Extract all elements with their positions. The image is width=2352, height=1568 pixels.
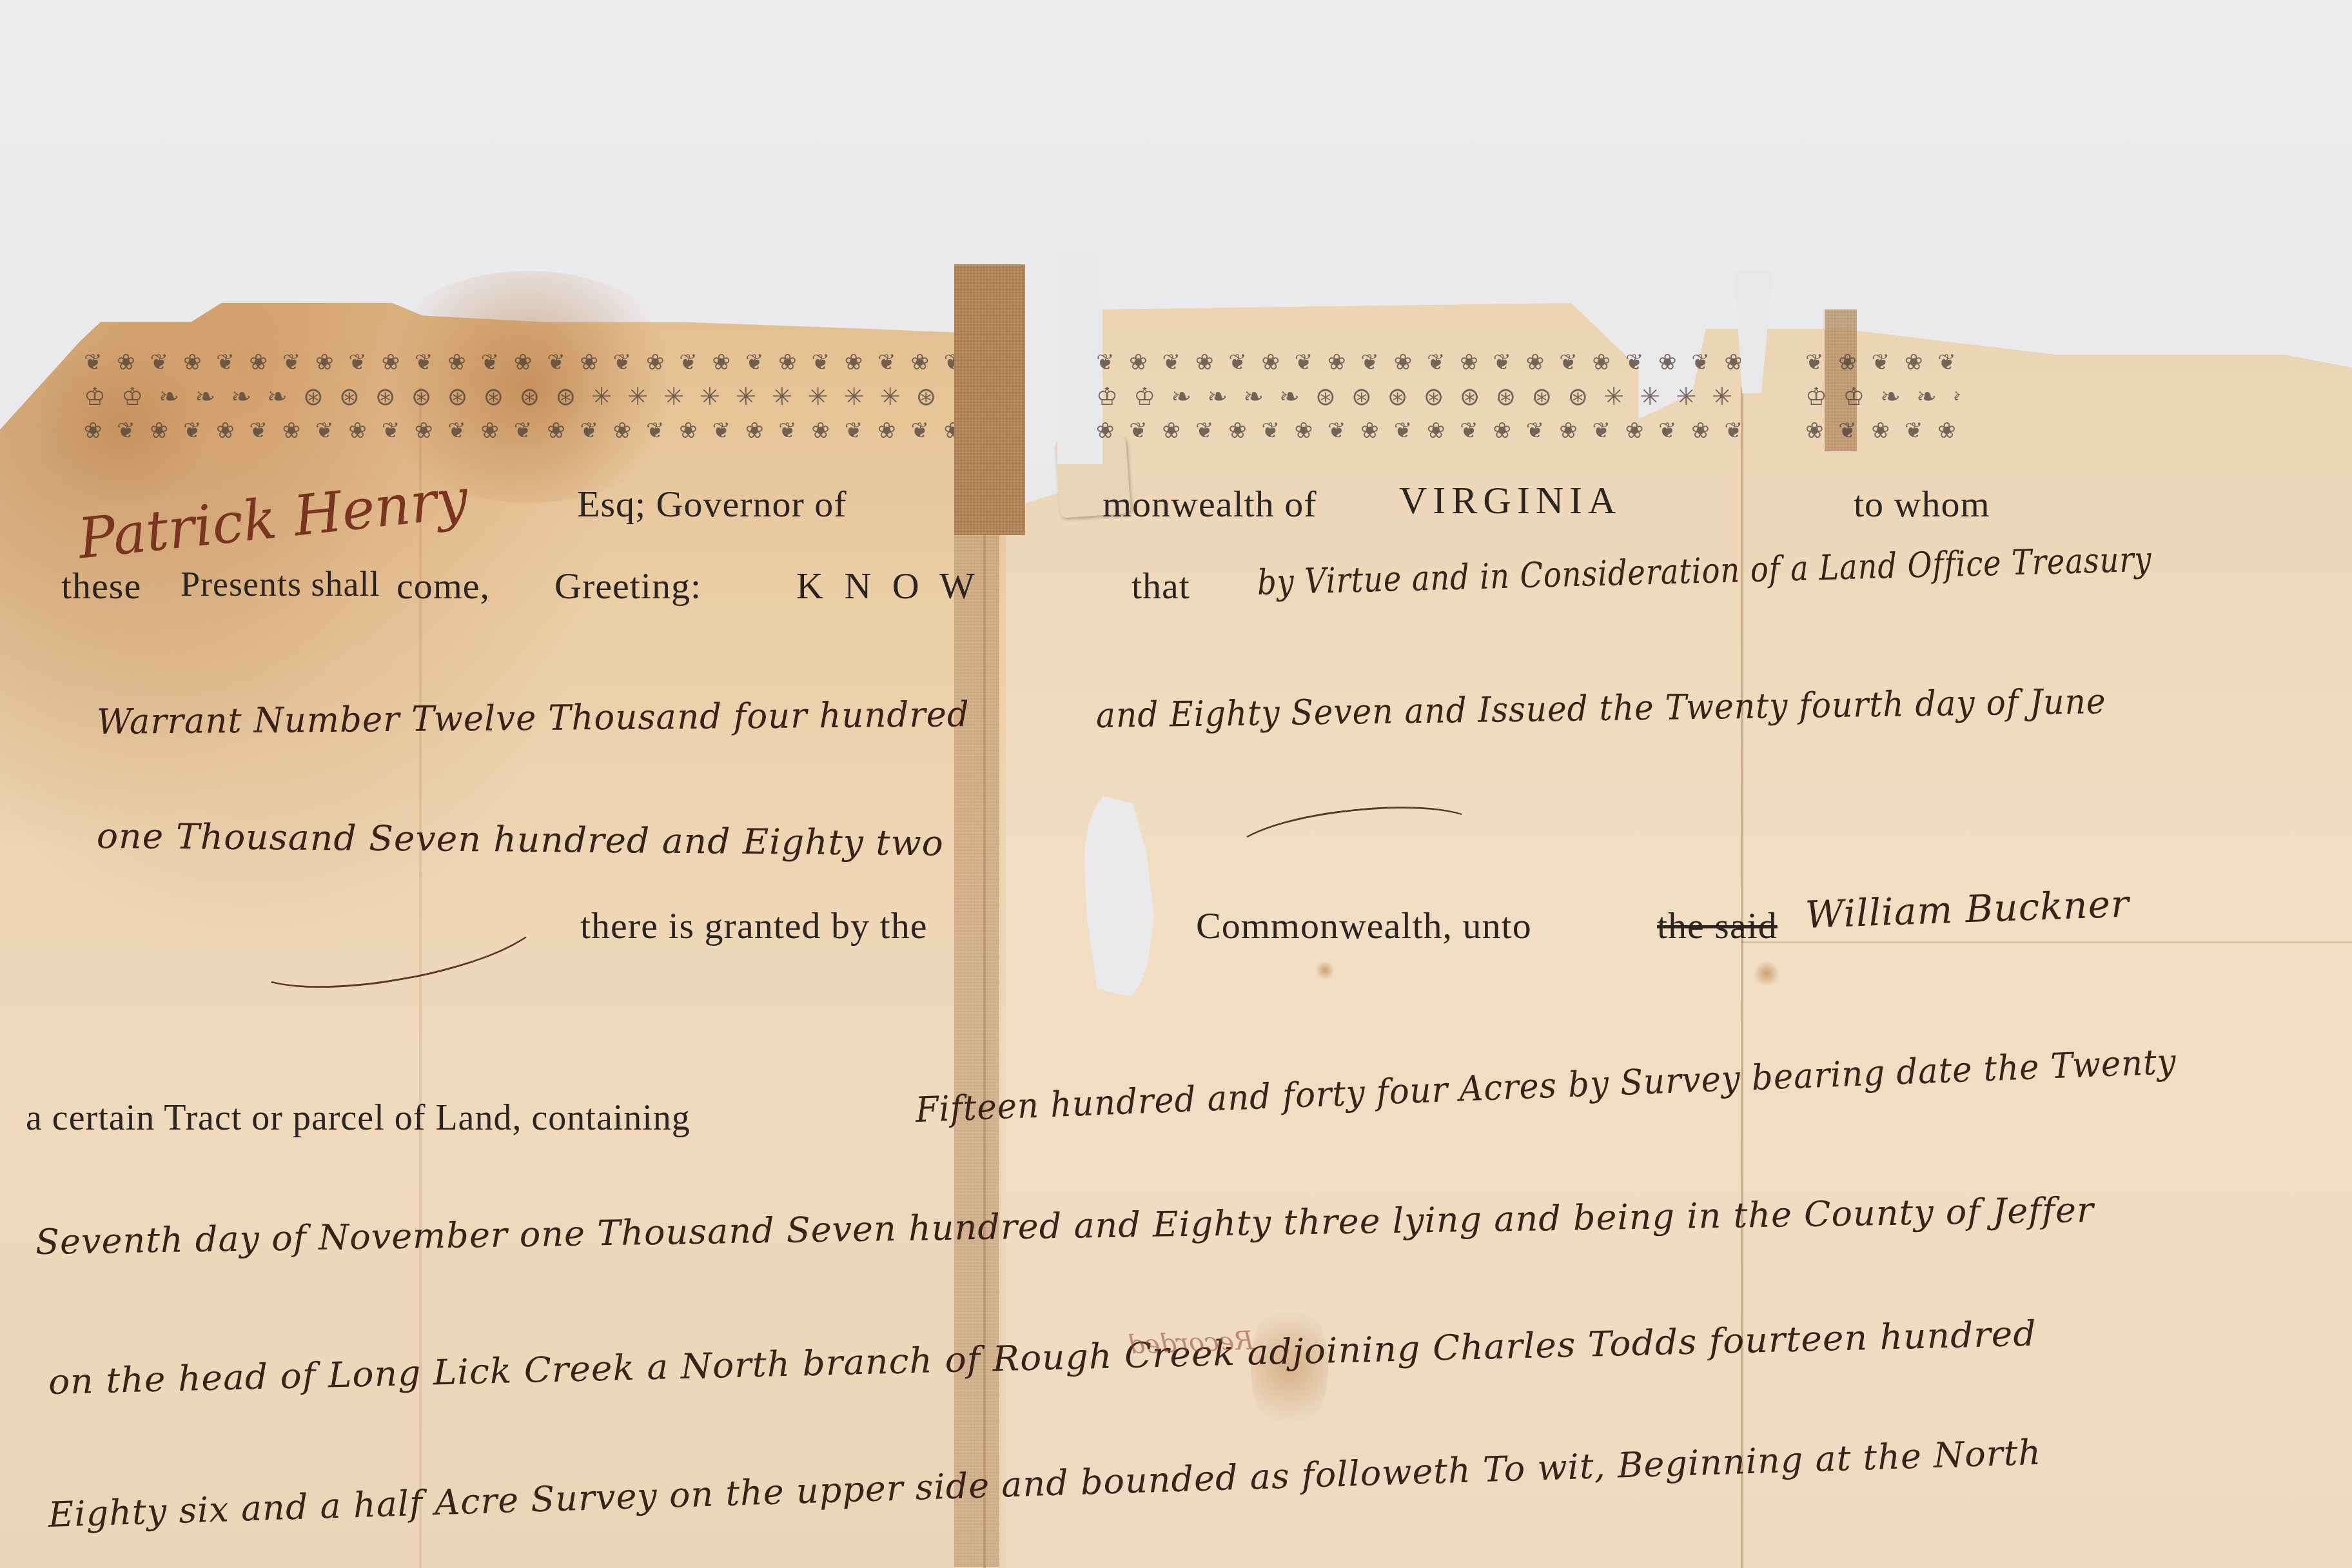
handwritten-text: Warrant Number Twelve Thousand four hund… (97, 694, 970, 742)
ornament-row: ♔ ♔ ❧ ❧ ❧ ❧ ⊛ ⊛ ⊛ ⊛ ⊛ ⊛ ⊛ ⊛ ✳ ✳ ✳ ✳ ✳ ✳ … (1805, 382, 1960, 411)
printed-text: Commonwealth, unto (1196, 904, 1532, 947)
printed-text: Presents shall (181, 564, 380, 604)
mirrored-ink-offset-stamp: Recorded (1128, 1326, 1254, 1360)
ornament-row: ❦ ❀ ❦ ❀ ❦ ❀ ❦ ❀ ❦ ❀ ❦ ❀ ❦ ❀ ❦ ❀ ❦ ❀ ❦ ❀ … (1805, 348, 1960, 377)
repair-tape (954, 535, 999, 1567)
ornamental-border-right: ❦ ❀ ❦ ❀ ❦ ❀ ❦ ❀ ❦ ❀ ❦ ❀ ❦ ❀ ❦ ❀ ❦ ❀ ❦ ❀ … (1805, 348, 1960, 445)
printed-text: Greeting: (554, 564, 701, 607)
printed-know: K N O W (796, 564, 981, 607)
printed-text: these (61, 564, 141, 607)
printed-text: that (1132, 564, 1190, 607)
struck-printed-text: the said (1657, 904, 1778, 947)
ornament-row: ❦ ❀ ❦ ❀ ❦ ❀ ❦ ❀ ❦ ❀ ❦ ❀ ❦ ❀ ❦ ❀ ❦ ❀ ❦ ❀ … (1096, 348, 1741, 377)
ornament-row: ❀ ❦ ❀ ❦ ❀ ❦ ❀ ❦ ❀ ❦ ❀ ❦ ❀ ❦ ❀ ❦ ❀ ❦ ❀ ❦ … (84, 416, 954, 445)
ornament-row: ❀ ❦ ❀ ❦ ❀ ❦ ❀ ❦ ❀ ❦ ❀ ❦ ❀ ❦ ❀ ❦ ❀ ❦ ❀ ❦ … (1805, 416, 1960, 445)
ornamental-border-left: ❦ ❀ ❦ ❀ ❦ ❀ ❦ ❀ ❦ ❀ ❦ ❀ ❦ ❀ ❦ ❀ ❦ ❀ ❦ ❀ … (84, 348, 954, 445)
fold-line (1741, 941, 2352, 943)
ornament-row: ♔ ♔ ❧ ❧ ❧ ❧ ⊛ ⊛ ⊛ ⊛ ⊛ ⊛ ⊛ ⊛ ✳ ✳ ✳ ✳ ✳ ✳ … (1096, 382, 1741, 411)
printed-text: a certain Tract or parcel of Land, conta… (26, 1097, 691, 1139)
printed-text: to whom (1854, 482, 1990, 525)
ornament-row: ❦ ❀ ❦ ❀ ❦ ❀ ❦ ❀ ❦ ❀ ❦ ❀ ❦ ❀ ❦ ❀ ❦ ❀ ❦ ❀ … (84, 348, 954, 377)
spot-stain (1315, 961, 1335, 980)
printed-state-name: VIRGINIA (1399, 478, 1622, 523)
printed-text: Esq; Governor of (577, 482, 847, 525)
ornament-row: ♔ ♔ ❧ ❧ ❧ ❧ ⊛ ⊛ ⊛ ⊛ ⊛ ⊛ ⊛ ⊛ ✳ ✳ ✳ ✳ ✳ ✳ … (84, 382, 954, 411)
ornament-row: ❀ ❦ ❀ ❦ ❀ ❦ ❀ ❦ ❀ ❦ ❀ ❦ ❀ ❦ ❀ ❦ ❀ ❦ ❀ ❦ … (1096, 416, 1741, 445)
repair-tape (954, 264, 1025, 535)
printed-text: monwealth of (1102, 482, 1317, 525)
printed-text: there is granted by the (580, 904, 927, 947)
spot-stain (1754, 961, 1779, 986)
printed-text: come, (397, 564, 490, 607)
handwritten-text: one Thousand Seven hundred and Eighty tw… (97, 816, 944, 863)
ornamental-border-center: ❦ ❀ ❦ ❀ ❦ ❀ ❦ ❀ ❦ ❀ ❦ ❀ ❦ ❀ ❦ ❀ ❦ ❀ ❦ ❀ … (1096, 348, 1741, 445)
